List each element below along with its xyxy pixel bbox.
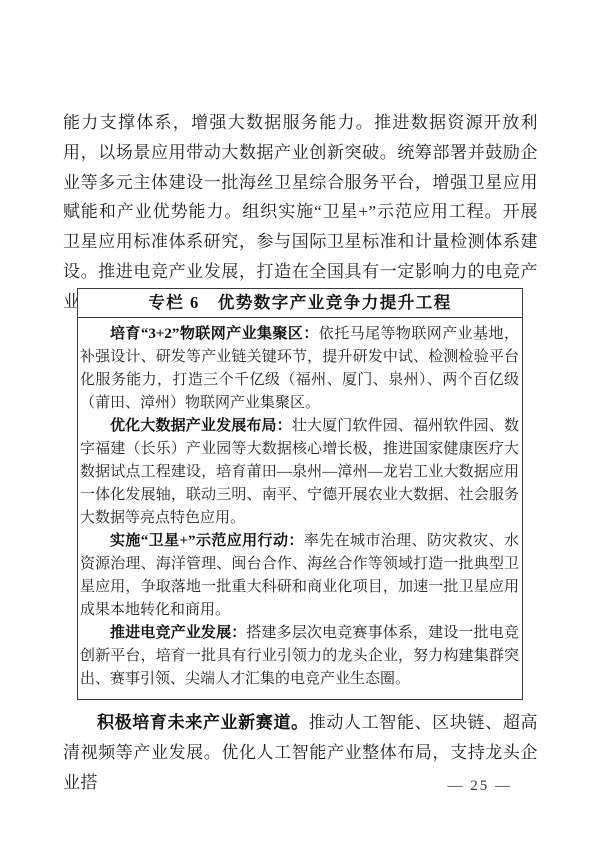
box-paragraph-3-lead: 实施“卫星+”示范应用行动：	[110, 533, 304, 549]
document-page: 能力支撑体系，增强大数据服务能力。推进数据资源开放利用，以场景应用带动大数据产业…	[0, 0, 600, 847]
page-number: — 25 —	[448, 778, 513, 795]
box-paragraph-1: 培育“3+2”物联网产业集聚区：依托马尾等物联网产业基地，补强设计、研发等产业链…	[80, 323, 519, 415]
intro-paragraph: 能力支撑体系，增强大数据服务能力。推进数据资源开放利用，以场景应用带动大数据产业…	[63, 108, 538, 317]
box-paragraph-4: 推进电竞产业发展：搭建多层次电竞赛事体系，建设一批电竞创新平台，培育一批具有行业…	[80, 622, 519, 691]
box-paragraph-3: 实施“卫星+”示范应用行动：率先在城市治理、防灾救灾、水资源治理、海洋管理、闽台…	[80, 530, 519, 622]
box-paragraph-1-lead: 培育“3+2”物联网产业集聚区：	[110, 326, 319, 342]
box-paragraph-4-lead: 推进电竞产业发展：	[110, 625, 246, 641]
box-paragraph-2-lead: 优化大数据产业发展布局：	[110, 418, 292, 434]
column-box-title: 专栏 6 优势数字产业竞争力提升工程	[78, 289, 522, 318]
box-paragraph-2: 优化大数据产业发展布局：壮大厦门软件园、福州软件园、数字福建（长乐）产业园等大数…	[80, 415, 519, 530]
box-paragraph-2-body: 壮大厦门软件园、福州软件园、数字福建（长乐）产业园等大数据核心增长极，推进国家健…	[80, 418, 519, 526]
closing-paragraph-lead: 积极培育未来产业新赛道。	[97, 713, 309, 732]
column-box: 专栏 6 优势数字产业竞争力提升工程 培育“3+2”物联网产业集聚区：依托马尾等…	[77, 288, 523, 700]
column-box-content: 培育“3+2”物联网产业集聚区：依托马尾等物联网产业基地，补强设计、研发等产业链…	[78, 318, 522, 691]
